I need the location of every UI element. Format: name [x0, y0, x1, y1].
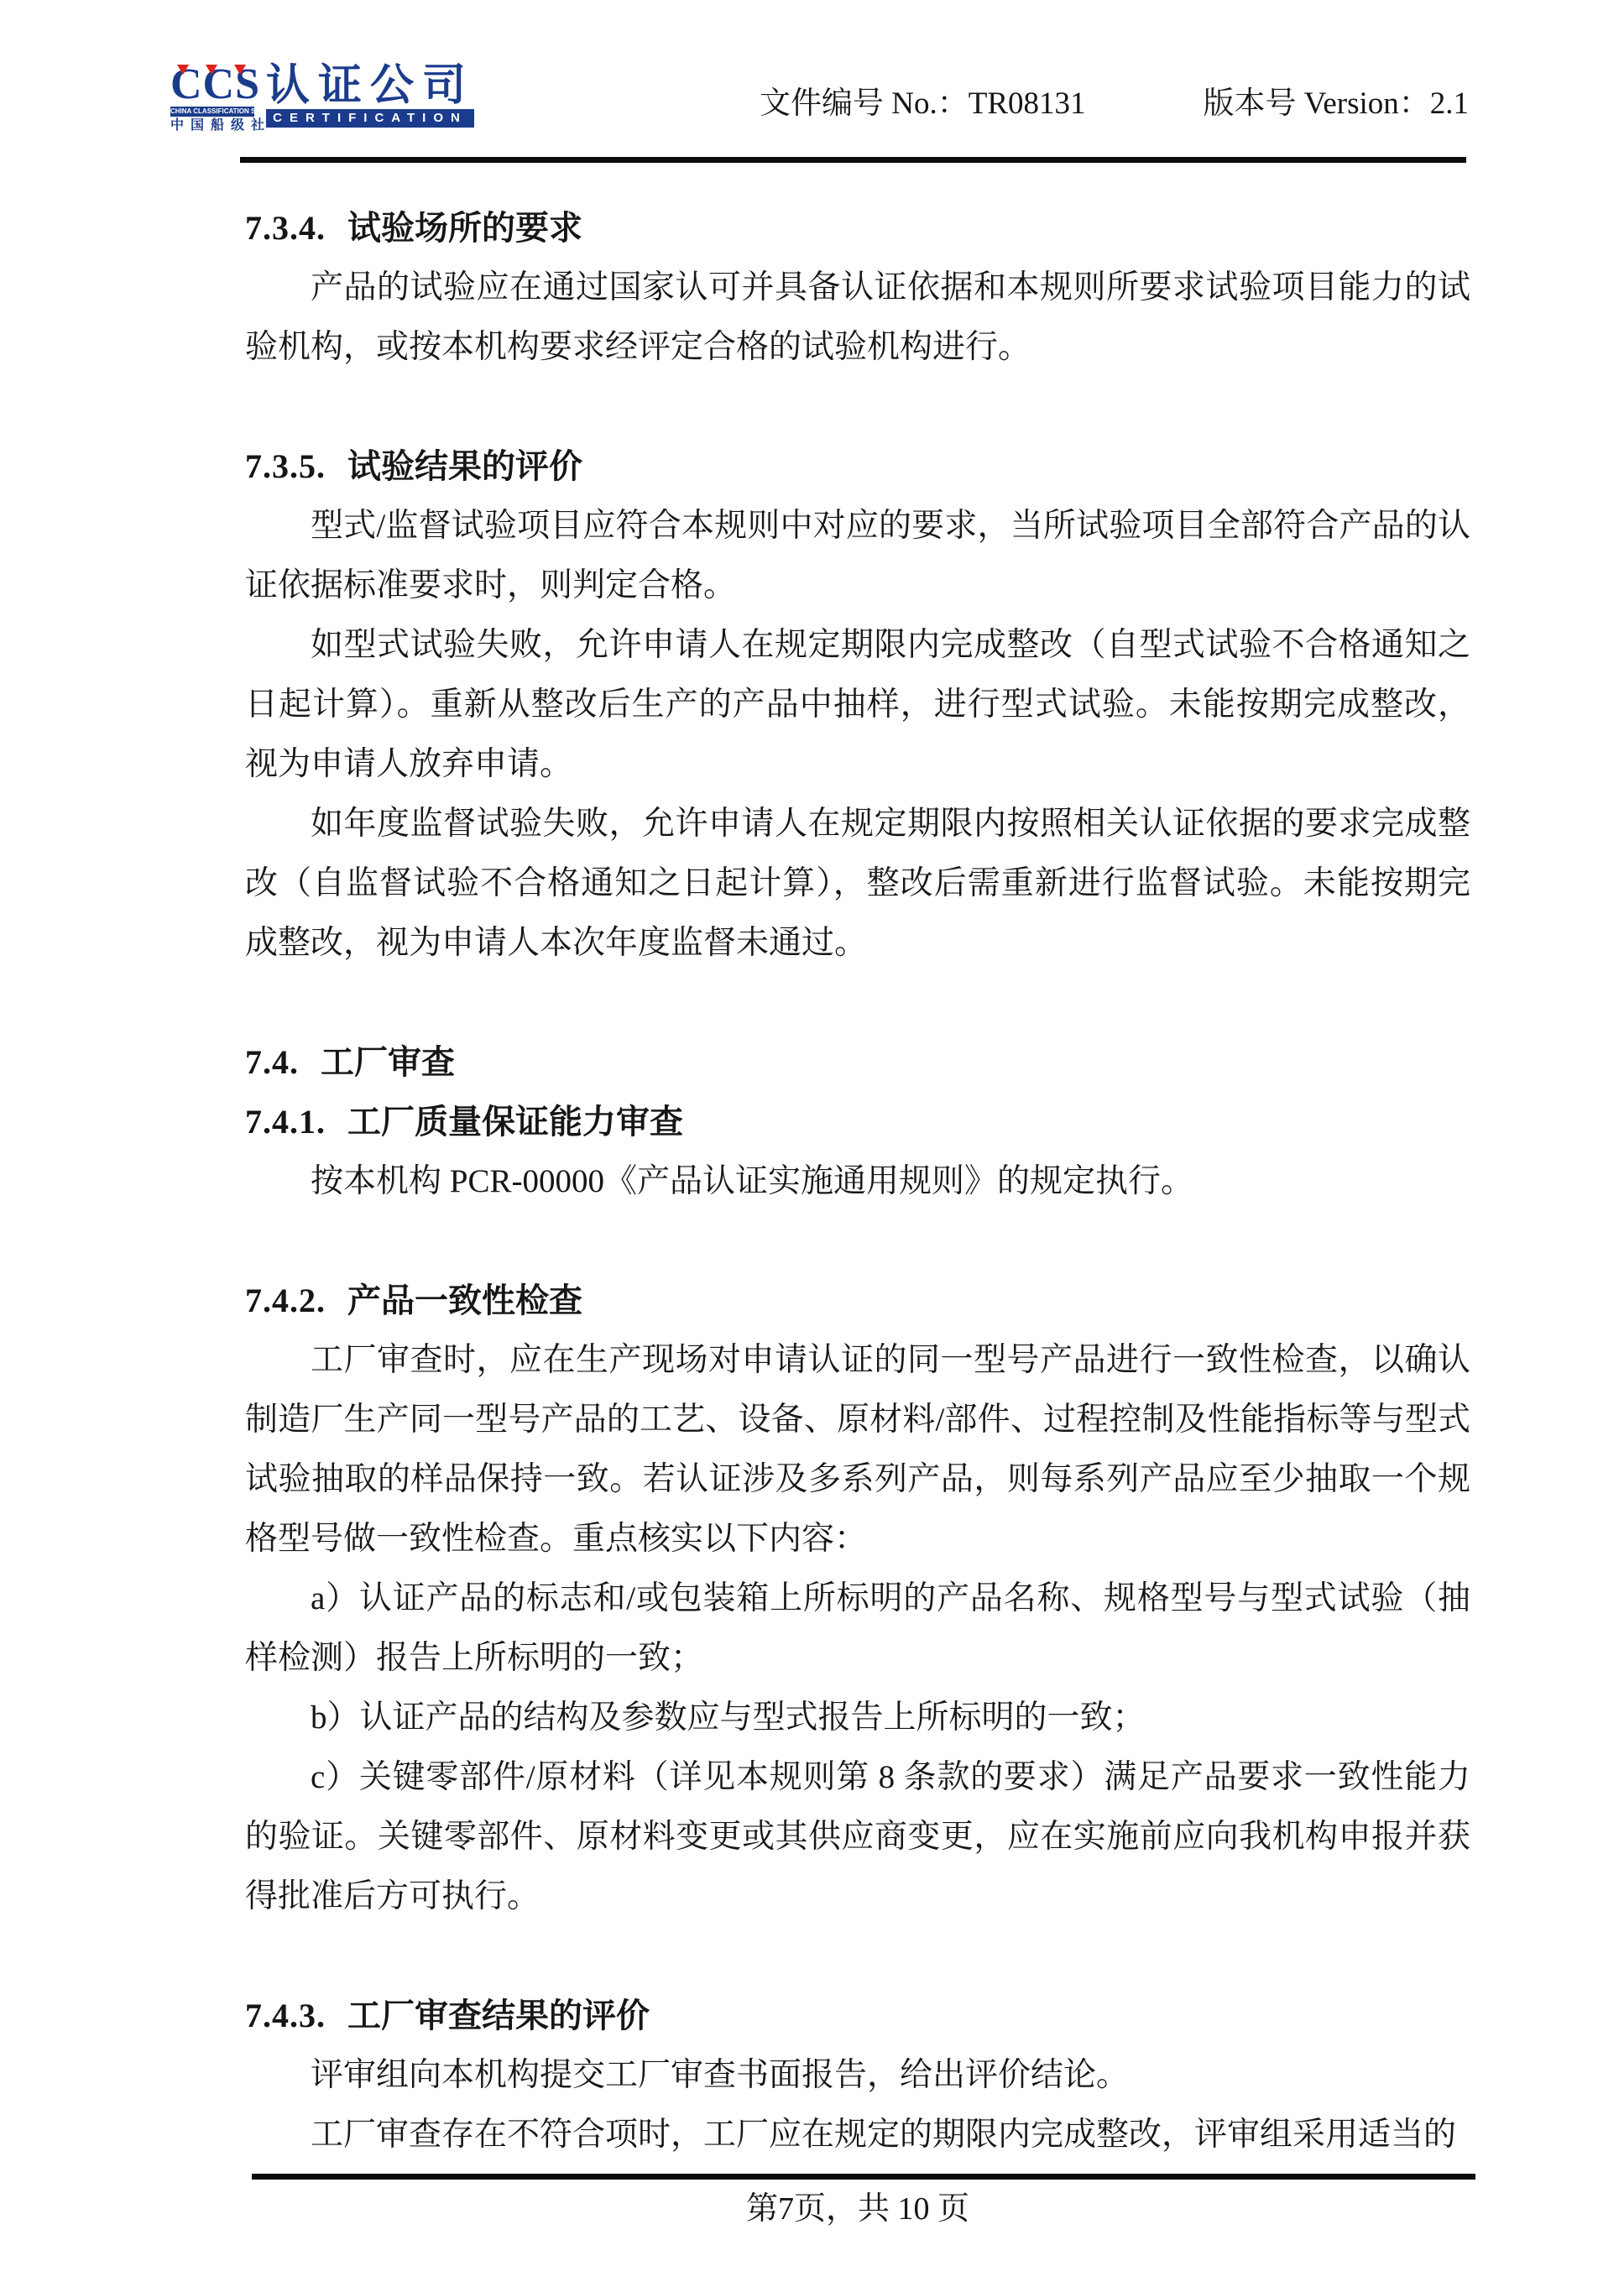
section-title: 试验场所的要求: [347, 209, 582, 247]
paragraph: 如年度监督试验失败，允许申请人在规定期限内按照相关认证依据的要求完成整改（自监督…: [245, 794, 1470, 973]
list-item-c: c）关键零部件/原材料（详见本规则第 8 条款的要求）满足产品要求一致性能力的验…: [245, 1747, 1470, 1926]
section-number: 7.3.4.: [245, 209, 326, 247]
ccs-logo-wordmark: CCS: [170, 65, 254, 104]
document-body: 7.3.4.试验场所的要求 产品的试验应在通过国家认可并具备认证依据和本规则所要…: [245, 198, 1470, 2164]
paragraph: 工厂审查存在不符合项时，工厂应在规定的期限内完成整改，评审组采用适当的: [245, 2105, 1470, 2164]
certification-company-cn: 认证公司: [266, 65, 474, 106]
doc-version: 版本号 Version：2.1: [1203, 86, 1469, 123]
section-heading-7-4: 7.4.工厂审查: [245, 1032, 1470, 1092]
paragraph: 型式/监督试验项目应符合本规则中对应的要求，当所试验项目全部符合产品的认证依据标…: [245, 496, 1470, 615]
doc-number: 文件编号 No.：TR08131: [760, 86, 1086, 123]
section-number: 7.4.3.: [245, 1997, 326, 2034]
list-item-a: a）认证产品的标志和/或包装箱上所标明的产品名称、规格型号与型式试验（抽样检测）…: [245, 1569, 1470, 1688]
section-heading-7-4-1: 7.4.1.工厂质量保证能力审查: [245, 1092, 1470, 1151]
ccs-society-name-cn: 中 国 船 级 社: [170, 118, 254, 133]
section-number: 7.4.2.: [245, 1282, 326, 1319]
ccs-logo: CCS CHINA CLASSIFICATION SOCIETY 中 国 船 级…: [170, 65, 474, 133]
ccs-red-accent-icon: [206, 65, 217, 75]
section-heading-7-3-4: 7.3.4.试验场所的要求: [245, 198, 1470, 258]
page-number: 第7页，共 10 页: [245, 2184, 1470, 2234]
section-title: 试验结果的评价: [347, 447, 582, 485]
ccs-red-accent-icon: [234, 65, 246, 75]
list-item-b: b）认证产品的结构及参数应与型式报告上所标明的一致；: [245, 1688, 1470, 1747]
section-number: 7.4.: [245, 1043, 299, 1081]
section-heading-7-3-5: 7.3.5.试验结果的评价: [245, 436, 1470, 496]
paragraph: 评审组向本机构提交工厂审查书面报告，给出评价结论。: [245, 2045, 1470, 2105]
header-rule: [240, 157, 1466, 163]
paragraph: 工厂审查时，应在生产现场对申请认证的同一型号产品进行一致性检查，以确认制造厂生产…: [245, 1330, 1470, 1569]
section-title: 产品一致性检查: [347, 1282, 582, 1319]
footer-rule: [252, 2174, 1475, 2180]
document-page: CCS CHINA CLASSIFICATION SOCIETY 中 国 船 级…: [0, 0, 1624, 2287]
section-number: 7.3.5.: [245, 447, 326, 485]
section-heading-7-4-2: 7.4.2.产品一致性检查: [245, 1271, 1470, 1330]
section-number: 7.4.1.: [245, 1103, 326, 1141]
ccs-logo-left: CCS CHINA CLASSIFICATION SOCIETY 中 国 船 级…: [170, 65, 254, 133]
section-title: 工厂质量保证能力审查: [347, 1103, 683, 1141]
section-heading-7-4-3: 7.4.3.工厂审查结果的评价: [245, 1986, 1470, 2045]
paragraph: 如型式试验失败，允许申请人在规定期限内完成整改（自型式试验不合格通知之日起计算）…: [245, 615, 1470, 794]
ccs-red-accent-icon: [177, 65, 189, 75]
section-title: 工厂审查: [321, 1043, 455, 1081]
certification-banner: CERTIFICATION: [266, 109, 474, 128]
paragraph: 按本机构 PCR-00000《产品认证实施通用规则》的规定执行。: [245, 1151, 1470, 1211]
paragraph: 产品的试验应在通过国家认可并具备认证依据和本规则所要求试验项目能力的试验机构，或…: [245, 258, 1470, 377]
section-title: 工厂审查结果的评价: [347, 1997, 650, 2034]
header-meta: 文件编号 No.：TR08131 版本号 Version：2.1: [760, 86, 1469, 123]
ccs-logo-right: 认证公司 CERTIFICATION: [266, 65, 474, 128]
